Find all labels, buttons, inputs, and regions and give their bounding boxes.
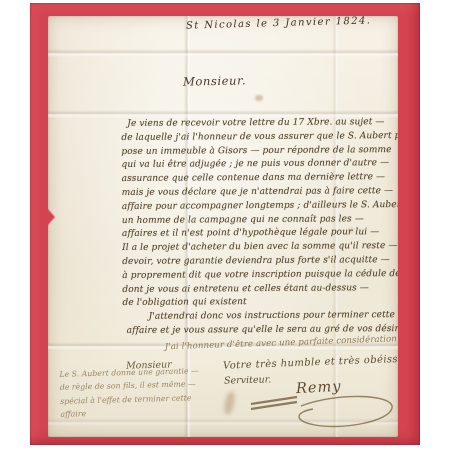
red-photo-mat: St Nicolas le 3 Janvier 1824. Monsieur. … (30, 3, 420, 445)
paper-tear-notch (48, 208, 55, 226)
closing-compliment-line: Serviteur. (224, 374, 271, 386)
handwritten-body: Je viens de recevoir votre lettre du 17 … (121, 117, 398, 353)
signature-flourish (245, 388, 398, 436)
photo-page: St Nicolas le 3 Janvier 1824. Monsieur. … (0, 0, 450, 450)
closing-compliment-line: Votre très humble et très obéissant (223, 353, 398, 371)
ink-stain (223, 390, 237, 415)
marginal-note: Le S. Aubert donne une garantie — de règ… (59, 366, 200, 423)
handwritten-dateline: St Nicolas le 3 Janvier 1824. (186, 16, 372, 32)
fold-crease-horizontal (48, 49, 398, 57)
ink-stain (255, 95, 263, 101)
letter-paper: St Nicolas le 3 Janvier 1824. Monsieur. … (48, 16, 398, 437)
handwritten-salutation: Monsieur. (183, 73, 246, 88)
